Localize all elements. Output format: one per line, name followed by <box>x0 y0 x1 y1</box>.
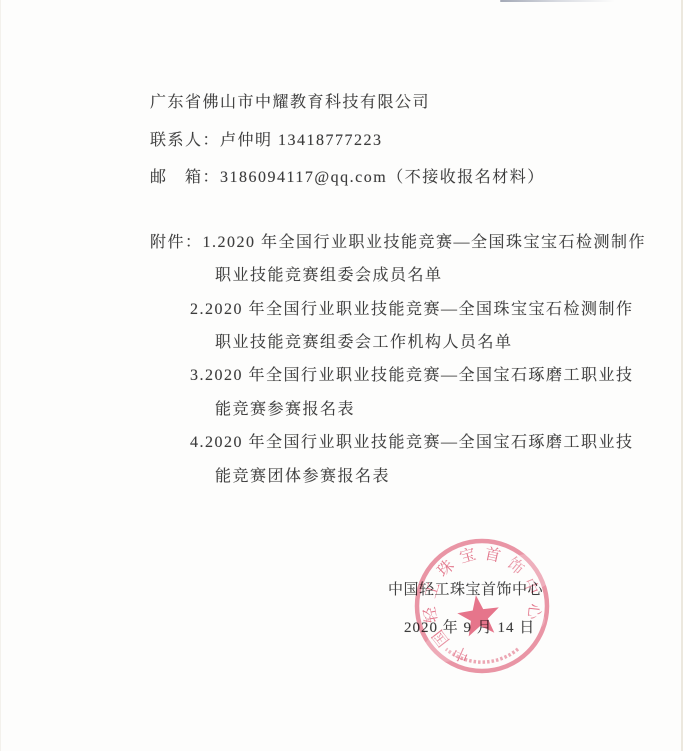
seal-ink-fade <box>515 609 545 631</box>
attachment-line-1: 附件：1.2020 年全国行业职业技能竞赛—全国珠宝宝石检测制作 <box>150 233 646 253</box>
page-edge-left <box>0 0 1 751</box>
contact-person-line: 联系人：卢仲明 13418777223 <box>150 131 383 151</box>
attachment-line-4: 职业技能竞赛组委会工作机构人员名单 <box>215 333 513 353</box>
seal-text-char: 轻 <box>420 605 441 625</box>
scanned-document-page: 广东省佛山市中耀教育科技有限公司 联系人：卢仲明 13418777223 邮 箱… <box>0 0 683 751</box>
seal-ink-fade <box>424 634 464 662</box>
seal-star-icon <box>457 595 499 636</box>
official-seal: 中 国 轻 工 珠 宝 首 饰 中 心 <box>378 500 590 712</box>
attachment-line-6: 能竞赛参赛报名表 <box>215 400 355 420</box>
seal-text-char: 工 <box>422 580 443 600</box>
seal-ink-fade <box>502 554 554 590</box>
attachment-line-5: 3.2020 年全国行业职业技能竞赛—全国宝石琢磨工职业技 <box>190 366 634 386</box>
attachment-line-2: 职业技能竞赛组委会成员名单 <box>215 266 443 286</box>
sender-company-line: 广东省佛山市中耀教育科技有限公司 <box>150 93 430 113</box>
email-line: 邮 箱：3186094117@qq.com（不接收报名材料） <box>150 168 545 188</box>
seal-text-char: 首 <box>483 545 502 566</box>
scan-artifact-top-line <box>500 0 615 2</box>
seal-text-char: 宝 <box>457 545 477 567</box>
attachment-line-8: 能竞赛团体参赛报名表 <box>215 467 390 487</box>
attachment-line-7: 4.2020 年全国行业职业技能竞赛—全国宝石琢磨工职业技 <box>190 433 634 453</box>
attachment-line-3: 2.2020 年全国行业职业技能竞赛—全国珠宝宝石检测制作 <box>190 300 634 320</box>
